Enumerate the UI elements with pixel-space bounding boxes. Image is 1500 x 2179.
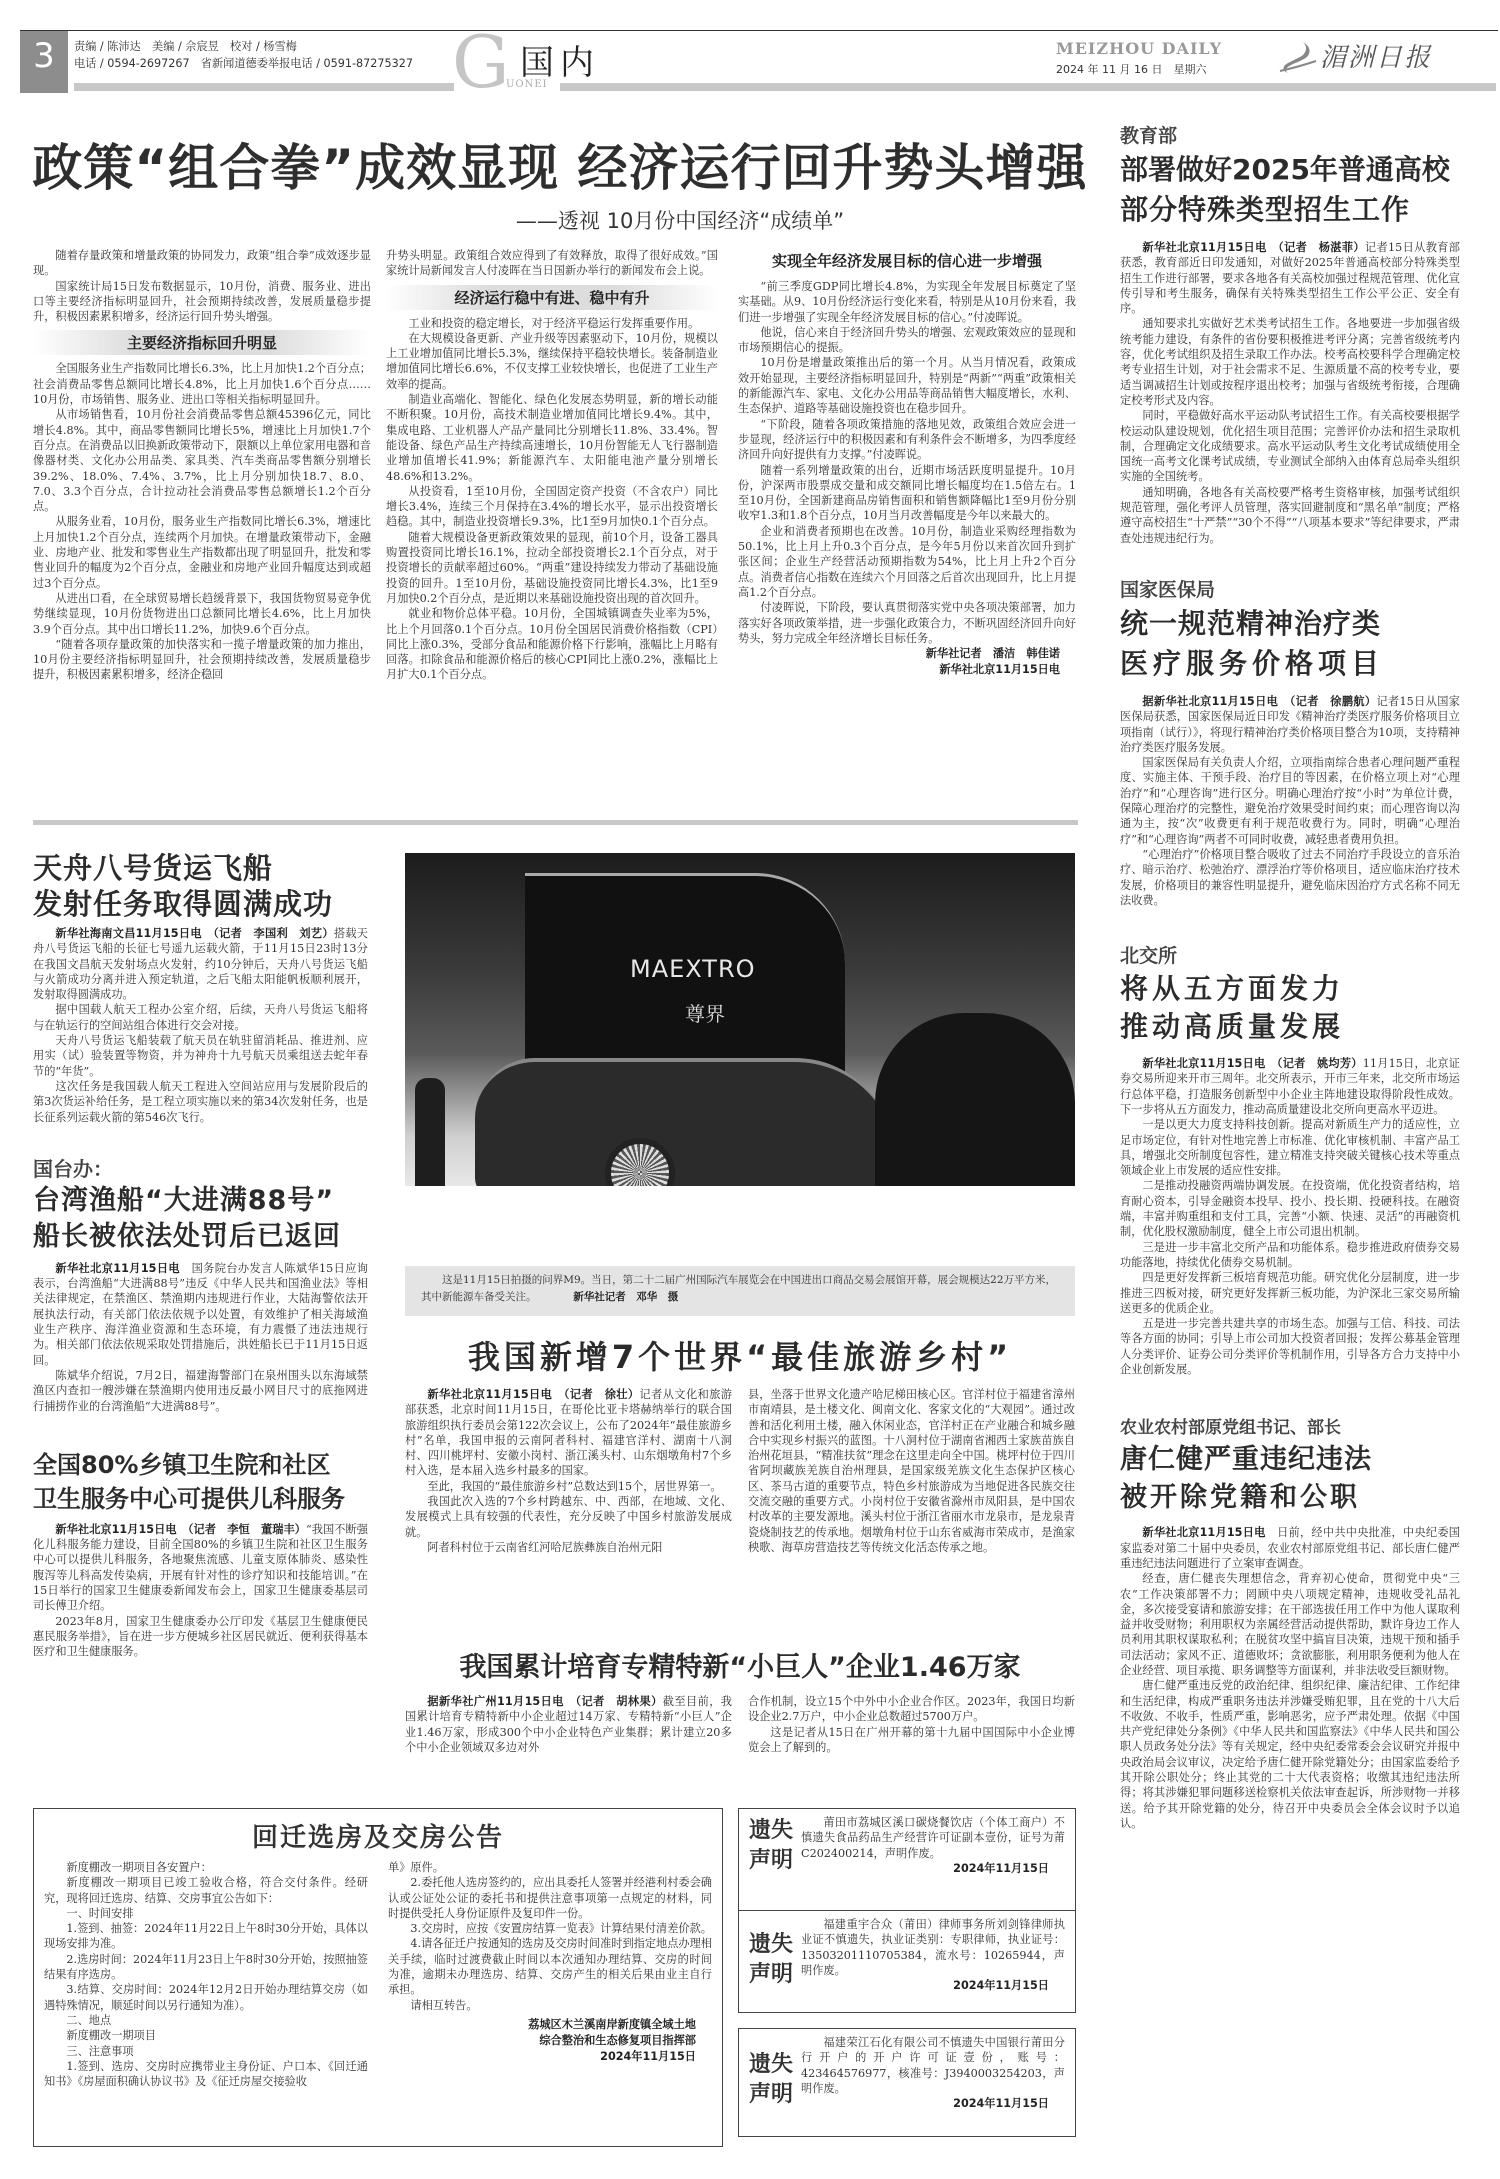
lost-text: 福建荣江石化有限公司不慎遗失中国银行莆田分行开户的开户许可证壹份，账号：4234… [801,2035,1065,2096]
paragraph: “我国不断强化儿科服务能力建设，目前全国80%的乡镇卫生院和社区卫生服务中心可以… [33,1523,368,1612]
paragraph: 记者从文化和旅游部获悉，北京时间11月15日，在哥伦比亚卡塔赫纳举行的联合国旅游… [405,1388,732,1477]
byline: 新华社北京11月15日电 （记者 李恒 董瑞丰） [55,1523,306,1536]
byline: 据新华社广州11月15日电 （记者 胡林果） [427,1695,662,1708]
kicker: 北交所 [1120,942,1460,970]
paragraph: 四是更好发挥新三板培育规范功能。研究优化分层制度，进一步推进三四板对接，研究更好… [1120,1270,1460,1316]
paragraph: 一是以更大力度支持科技创新。提高对新质生产力的适应性，立足市场定位，有针对性地完… [1120,1117,1460,1178]
paragraph: 唐仁健严重违反党的政治纪律、组织纪律、廉洁纪律、工作纪律和生活纪律，构成严重职务… [1120,1678,1460,1831]
kicker: 国台办： [33,1155,368,1183]
paragraph: 阿者科村位于云南省红河哈尼族彝族自治州元阳 [405,1540,732,1555]
lost-date: 2024年11月15日 [801,2096,1065,2112]
masthead-rule-right [560,83,1496,91]
headline-line: 部署做好2025年普通高校 [1120,150,1460,190]
paragraph: 付凌晖说，下阶段，要认真贯彻落实党中央各项决策部署，加力落实好各项政策举措，进一… [738,600,1076,646]
lead-bottom-rule [33,820,1078,825]
paragraph: 二是推动投融资两端协调发展。在投资端，优化投资者结构，培育耐心资本，引导金融资本… [1120,1178,1460,1239]
lost-label: 遗失声明 [749,2035,793,2130]
paragraph: 三是进一步丰富北交所产品和功能体系。稳步推进政府债券交易功能落地，持续优化债券交… [1120,1240,1460,1271]
left-column: 天舟八号货运飞船 发射任务取得圆满成功 新华社海南文昌11月15日电 （记者 李… [33,850,368,1660]
section-letter: G [452,27,510,97]
paragraph: 随着大规模设备更新政策效果的显现，前10个月，设备工器具购置投资同比增长16.1… [386,530,718,606]
byline: 新华社海南文昌11月15日电 （记者 李国利 刘艺） [55,927,333,940]
notice-line: 新度棚改一期项目各安置户： [44,1860,368,1875]
section-pinyin: UONEI [506,79,548,90]
section-title: 国内 [520,35,600,84]
article-education: 教育部 部署做好2025年普通高校 部分特殊类型招生工作 新华社北京11月15日… [1120,122,1460,546]
paragraph: 陈斌华介绍说，7月2日，福建海警部门在泉州围头以东海域禁渔区内查扣一艘涉嫌在禁渔… [33,1368,368,1414]
photo-caption-block: 这是11月15日拍摄的问界M9。当日，第二十二届广州国际汽车展览会在中国进出口商… [405,1266,1075,1316]
article-little-giants: 我国累计培育专精特新“小巨人”企业1.46万家 据新华社广州11月15日电 （记… [405,1648,1075,1755]
paragraph: 全国服务业生产指数同比增长6.3%，比上月加快1.2个百分点；社会消费品零售总额… [33,361,371,407]
article-villages: 我国新增7个世界“最佳旅游乡村” 新华社北京11月15日电 （记者 徐壮）记者从… [405,1335,1075,1555]
paragraph: “心理治疗”价格项目整合吸收了过去不同治疗手段设立的音乐治疗、暗示治疗、松弛治疗… [1120,847,1460,908]
lost-date: 2024年11月15日 [801,1978,1065,1994]
byline: 新华社北京11月15日电 [1142,1526,1265,1539]
article-tianzhou: 天舟八号货运飞船 发射任务取得圆满成功 新华社海南文昌11月15日电 （记者 李… [33,850,368,1125]
lost-text: 福建重宇合众（莆田）律师事务所刘剑锋律师执业证不慎遗失，执业证类别：专职律师，执… [801,1917,1065,1978]
paragraph: 经查，唐仁健丧失理想信念，背弃初心使命，贯彻党中央“三农”工作决策部署不力；罔顾… [1120,1571,1460,1678]
photo-caption: 这是11月15日拍摄的问界M9。当日，第二十二届广州国际汽车展览会在中国进出口商… [421,1272,1059,1306]
booth-sign: MAEXTRO [630,955,756,983]
staff-credits: 责编 / 陈沛达 美编 / 佘宸昱 校对 / 杨雪梅 电话 / 0594-269… [74,38,413,72]
headline-line: 台湾渔船“大进满88号” [33,1183,368,1219]
paragraph: “随着各项存量政策的加快落实和一揽子增量政策的加力推出，10月份主要经济指标明显… [33,637,371,683]
headline: 我国累计培育专精特新“小巨人”企业1.46万家 [405,1648,1075,1688]
article-medical-insurance: 国家医保局 统一规范精神治疗类 医疗服务价格项目 据新华社北京11月15日电 （… [1120,576,1460,908]
headline-line: 推动高质量发展 [1120,1008,1460,1046]
villages-col-1: 新华社北京11月15日电 （记者 徐壮）记者从文化和旅游部获悉，北京时间11月1… [405,1387,732,1555]
headline-line: 发射任务取得圆满成功 [33,886,368,922]
paragraph: 在大规模设备更新、产业升级等因素驱动下，10月份，规模以上工业增加值同比增长5.… [386,331,718,392]
page-number: 3 [33,36,55,76]
notice-line: 单》原件。 [388,1860,712,1875]
paper-en: MEIZHOU DAILY [1056,39,1222,58]
article-bse: 北交所 将从五方面发力 推动高质量发展 新华社北京11月15日电 （记者 姚均芳… [1120,942,1460,1377]
issue-date: 2024 年 11 月 16 日 星期六 [1056,61,1206,77]
byline: 据新华社北京11月15日电 （记者 徐鹏航） [1142,695,1376,708]
notice-title: 回迁选房及交房公告 [44,1817,712,1854]
photo-block: MAEXTRO 尊界 [405,853,1075,1186]
paragraph: 合作机制，设立15个中外中小企业合作区。2023年，我国日均新设企业2.7万户，… [748,1694,1075,1725]
housing-notice: 回迁选房及交房公告 新度棚改一期项目各安置户： 新度棚改一期项目已竣工验收合格，… [33,1808,723,2147]
headline-line: 被开除党籍和公职 [1120,1479,1460,1517]
notice-line: 3.结算、交房时间：2024年12月2日开始办理结算交房（如遇特殊情况，顺延时间… [44,1982,368,2013]
lead-subheading-2: 经济运行稳中有进、稳中有升 [386,285,718,310]
lead-intro-2: 国家统计局15日发布数据显示，10月份，消费、服务业、进出口等主要经济指标明显回… [33,279,371,325]
byline: 新华社北京11月15日电 （记者 姚均芳） [1142,1057,1362,1070]
paper-cn-logo: 湄洲日报 [1320,37,1432,74]
caption-text: 这是11月15日拍摄的问界M9。当日，第二十二届广州国际汽车展览会在中国进出口商… [421,1274,1056,1303]
masthead-rule-left [74,83,454,91]
paragraph: 我国此次入选的7个乡村跨越东、中、西部，在地域、文化、发展模式上具有较强的代表性… [405,1494,732,1540]
headline-line: 唐仁健严重违纪违法 [1120,1441,1460,1479]
notice-col-2: 单》原件。 2.委托他人选房签约的，应出具委托人签署并经港利村委会确认或公证处公… [388,1860,712,2089]
paragraph: 企业和消费者预期也在改善。10月份，制造业采购经理指数为50.1%，比上月上升0… [738,524,1076,600]
lead-col-2: 升势头明显。政策组合效应得到了有效释放，取得了很好成效。”国家统计局新闻发言人付… [386,248,718,683]
paragraph: 同时，平稳做好高水平运动队考试招生工作。有关高校要根据学校运动队建设规划，优化招… [1120,408,1460,484]
notice-line: 一、时间安排 [44,1906,368,1921]
paragraph: 2023年8月，国家卫生健康委办公厅印发《基层卫生健康便民惠民服务举措》，旨在进… [33,1614,368,1660]
paragraph: 就业和物价总体平稳。10月份，全国城镇调查失业率为5%，比上个月回落0.1个百分… [386,606,718,682]
notice-date: 2024年11月15日 [388,2049,696,2065]
paragraph: 制造业高端化、智能化、绿色化发展态势明显，新的增长动能不断积聚。10月份，高技术… [386,392,718,484]
paragraph: 从投资看，1至10月份，全国固定资产投资（不含农户）同比增长3.4%，连续三个月… [386,484,718,530]
lead-dateline: 新华社北京11月15日电 [738,662,1076,678]
paragraph: 从市场销售看，10月份社会消费品零售总额45396亿元，同比增长4.8%。其中，… [33,407,371,514]
lead-headline: 政策“组合拳”成效显现 经济运行回升势头增强 [30,128,1090,200]
byline: 新华社北京11月15日电 （记者 徐壮） [427,1388,639,1401]
lost-text: 莆田市荔城区溪口碳烧餐饮店（个体工商户）不慎遗失食品药品生产经营许可证副本壹份，… [801,1815,1065,1861]
lost-notice-1: 遗失声明 莆田市荔城区溪口碳烧餐饮店（个体工商户）不慎遗失食品药品生产经营许可证… [738,1808,1076,1911]
notice-line: 1.签到、选房、交房时应携带业主身份证、户口本、《回迁通知书》《房屋面积确认协议… [44,2059,368,2090]
notice-line: 4.请各征迁户按通知的选房及交房时间准时到指定地点办理相关手续，临时过渡费截止时… [388,1936,712,1997]
headline-line: 部分特殊类型招生工作 [1120,190,1460,230]
lead-subheading-3: 实现全年经济发展目标的信心进一步增强 [738,248,1076,273]
paragraph: 这次任务是我国载人航天工程进入空间站应用与发展阶段后的第3次货运补给任务，是工程… [33,1079,368,1125]
lost-notice-3: 遗失声明 福建荣江石化有限公司不慎遗失中国银行莆田分行开户的开户许可证壹份，账号… [738,2028,1076,2137]
editors-line: 责编 / 陈沛达 美编 / 佘宸昱 校对 / 杨雪梅 [74,38,413,55]
article-taiwan-boat: 国台办： 台湾渔船“大进满88号” 船长被依法处罚后已返回 新华社北京11月15… [33,1155,368,1414]
paragraph: 五是进一步完善共建共享的市场生态。加强与工信、科技、司法等各方面的协同；引导上市… [1120,1316,1460,1377]
paragraph: 国务院台办发言人陈斌华15日应询表示，台湾渔船“大进满88号”违反《中华人民共和… [33,1262,368,1367]
giants-col-1: 据新华社广州11月15日电 （记者 胡林果）截至目前，我国累计培育专精特新中小企… [405,1694,732,1755]
lost-date: 2024年11月15日 [801,1861,1065,1877]
photo-credit: 新华社记者 邓华 摄 [573,1291,678,1303]
kicker: 教育部 [1120,122,1460,150]
lead-reporters: 新华社记者 潘洁 韩佳诺 [738,646,1076,662]
lead-intro-1: 随着存量政策和增量政策的协同发力，政策“组合拳”成效逐步显现。 [33,248,371,279]
paragraph: 从进出口看，在全球贸易增长趋缓背景下，我国货物贸易竞争优势继续显现，10月份货物… [33,591,371,637]
headline-line: 全国80%乡镇卫生院和社区 [33,1448,368,1482]
signer-line: 荔城区木兰溪南岸新度镇全域土地 [388,2017,696,2033]
article-tang-renjian: 农业农村部原党组书记、部长 唐仁健严重违纪违法 被开除党籍和公职 新华社北京11… [1120,1415,1460,1831]
paragraph: 随着一系列增量政策的出台，近期市场活跃度明显提升。10月份，沪深两市股票成交量和… [738,463,1076,524]
paper-logo-icon [1278,37,1318,77]
paragraph: 他说，信心来自于经济回升势头的增强、宏观政策效应的显现和市场预期信心的提振。 [738,325,1076,356]
notice-line: 请相互转告。 [388,1998,712,2013]
lead-subheading-1: 主要经济指标回升明显 [33,330,371,355]
notice-line: 3.交房时，应按《安置房结算一览表》计算结果付清差价款。 [388,1921,712,1936]
notice-line: 新度棚改一期项目已竣工验收合格，符合交付条件。经研究，现将回迁选房、结算、交房事… [44,1875,368,1906]
masthead: 3 责编 / 陈沛达 美编 / 佘宸昱 校对 / 杨雪梅 电话 / 0594-2… [20,30,1498,92]
paragraph: 通知要求扎实做好艺术类考试招生工作。各地要进一步加强省级统考能力建设，有条件的省… [1120,316,1460,408]
headline-line: 船长被依法处罚后已返回 [33,1219,368,1255]
photo-left-person [415,1078,445,1186]
notice-signer: 荔城区木兰溪南岸新度镇全域土地 综合整治和生态修复项目指挥部 2024年11月1… [388,2017,712,2065]
kicker: 农业农村部原党组书记、部长 [1120,1415,1460,1441]
headline-line: 将从五方面发力 [1120,970,1460,1008]
notice-line: 1.签到、抽签：2024年11月22日上午8时30分开始，具体以现场安排为准。 [44,1921,368,1952]
byline: 新华社北京11月15日电 （记者 杨湛菲） [1142,241,1365,254]
notice-line: 2.委托他人选房签约的，应出具委托人签署并经港利村委会确认或公证处公证的委托书和… [388,1875,712,1921]
paragraph: 至此，我国的“最佳旅游乡村”总数达到15个，居世界第一。 [405,1479,732,1494]
paragraph: 这是记者从15日在广州开幕的第十九届中国国际中小企业博览会上了解到的。 [748,1725,1075,1756]
headline-line: 医疗服务价格项目 [1120,644,1460,684]
paragraph: 据中国载人航天工程办公室介绍，后续，天舟八号货运飞船将与在轨运行的空间站组合体进… [33,1002,368,1033]
paragraph: “前三季度GDP同比增长4.8%，为实现全年发展目标奠定了坚实基础。从9、10月… [738,279,1076,325]
kicker: 国家医保局 [1120,576,1460,604]
notice-line: 三、注意事项 [44,2044,368,2059]
paragraph: 天舟八号货运飞船装载了航天员在轨驻留消耗品、推进剂、应用实（试）验装置等物资，并… [33,1033,368,1079]
person-silhouette [875,1013,1075,1186]
giants-col-2: 合作机制，设立15个中外中小企业合作区。2023年，我国日均新设企业2.7万户，… [748,1694,1075,1755]
paragraph: 通知明确，各地各有关高校要严格考生资格审核，加强考试组织规范管理，强化考评人员管… [1120,485,1460,546]
page-number-block: 3 [20,31,68,93]
lost-label: 遗失声明 [749,1815,793,1904]
lost-notice-2: 遗失声明 福建重宇合众（莆田）律师事务所刘剑锋律师执业证不慎遗失，执业证类别：专… [738,1910,1076,2013]
notice-col-1: 新度棚改一期项目各安置户： 新度棚改一期项目已竣工验收合格，符合交付条件。经研究… [44,1860,368,2089]
headline: 我国新增7个世界“最佳旅游乡村” [405,1335,1075,1379]
paragraph: 工业和投资的稳定增长，对于经济平稳运行发挥重要作用。 [386,316,718,331]
right-column: 教育部 部署做好2025年普通高校 部分特殊类型招生工作 新华社北京11月15日… [1120,122,1460,1831]
lead-col2-leadin: 升势头明显。政策组合效应得到了有效释放，取得了很好成效。”国家统计局新闻发言人付… [386,248,718,279]
notice-line: 新度棚改一期项目 [44,2028,368,2043]
paragraph: 10月份是增量政策推出后的第一个月。从当月情况看，政策成效开始显现，主要经济指标… [738,355,1076,416]
notice-line: 二、地点 [44,2013,368,2028]
signer-line: 综合整治和生态修复项目指挥部 [388,2033,696,2049]
article-pediatrics: 全国80%乡镇卫生院和社区 卫生服务中心可提供儿科服务 新华社北京11月15日电… [33,1448,368,1660]
paragraph: “下阶段，随着各项政策措施的落地见效，政策组合效应会进一步显现，经济运行中的积极… [738,417,1076,463]
lead-subhead: ——透视 10月份中国经济“成绩单” [300,205,1060,235]
paragraph: 国家医保局有关负责人介绍，立项指南综合患者心理问题严重程度、实施主体、干预手段、… [1120,755,1460,847]
paragraph: 从服务业看，10月份，服务业生产指数同比增长6.3%，增速比上月加快1.2个百分… [33,514,371,590]
phones-line: 电话 / 0594-2697267 省新闻道德委举报电话 / 0591-8727… [74,55,413,72]
byline: 新华社北京11月15日电 [55,1262,180,1275]
headline-line: 统一规范精神治疗类 [1120,604,1460,644]
headline-line: 卫生服务中心可提供儿科服务 [33,1482,368,1516]
notice-line: 2.选房时间：2024年11月23日上午8时30分开始，按照抽签结果有序选房。 [44,1952,368,1983]
lead-col-3: 实现全年经济发展目标的信心进一步增强 “前三季度GDP同比增长4.8%，为实现全… [738,248,1076,678]
car-shape [475,1058,895,1186]
lead-col-1: 随着存量政策和增量政策的协同发力，政策“组合拳”成效逐步显现。 国家统计局15日… [33,248,371,683]
booth-sign-cn: 尊界 [685,998,725,1027]
paragraph: 县，坐落于世界文化遗产哈尼梯田核心区。官洋村位于福建省漳州市南靖县，是土楼文化、… [748,1387,1075,1555]
lost-label: 遗失声明 [749,1917,793,2006]
villages-col-2: 县，坐落于世界文化遗产哈尼梯田核心区。官洋村位于福建省漳州市南靖县，是土楼文化、… [748,1387,1075,1555]
headline-line: 天舟八号货运飞船 [33,850,368,886]
newspaper-page: 3 责编 / 陈沛达 美编 / 佘宸昱 校对 / 杨雪梅 电话 / 0594-2… [0,0,1500,2179]
